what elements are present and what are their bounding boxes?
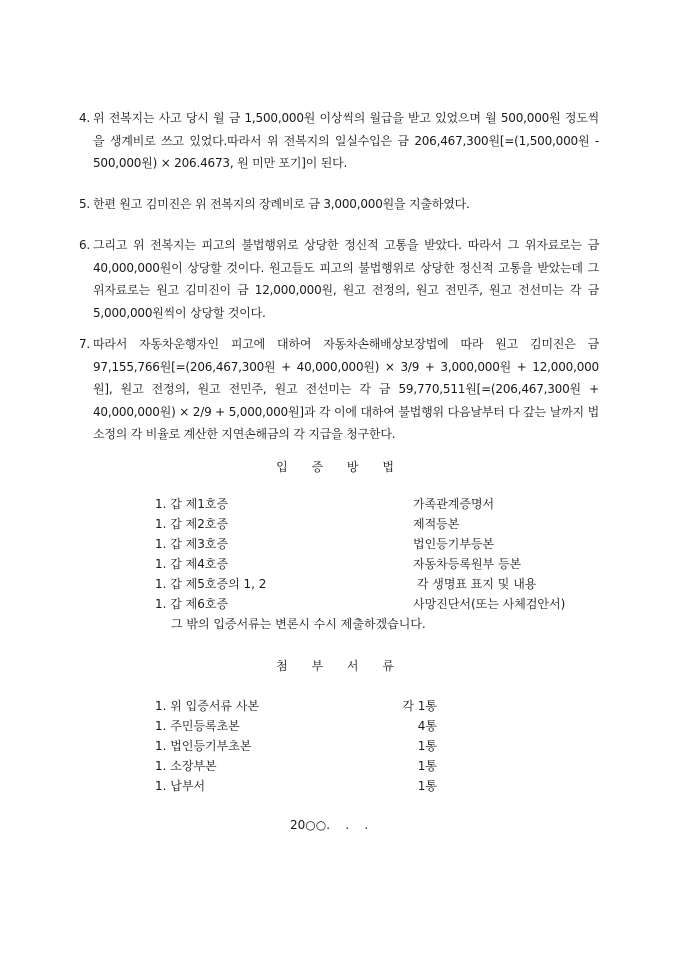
paragraph-number: 5. [79, 193, 90, 216]
paragraph-number: 6. [79, 234, 90, 257]
paragraph-number: 4. [79, 107, 90, 130]
attachment-item: 1. 주민등록초본 4통 [155, 716, 615, 736]
filing-date: 20○○. . . [290, 818, 368, 832]
evidence-label: 1. 갑 제2호증 [155, 514, 228, 534]
evidence-note: 그 밖의 입증서류는 변론시 수시 제출하겠습니다. [155, 614, 615, 634]
evidence-description: 제적등본 [413, 514, 459, 534]
attachment-quantity: 각 1통 [402, 696, 437, 716]
attachments-list: 1. 위 입증서류 사본 각 1통 1. 주민등록초본 4통 1. 법인등기부초… [155, 696, 615, 796]
attachment-quantity: 4통 [418, 716, 437, 736]
attachment-item: 1. 법인등기부초본 1통 [155, 736, 615, 756]
attachment-quantity: 1통 [418, 736, 437, 756]
evidence-label: 1. 갑 제1호증 [155, 494, 228, 514]
paragraph-text: 그리고 위 전복지는 피고의 불법행위로 상당한 정신적 고통을 받았다. 따라… [79, 234, 599, 324]
attachment-quantity: 1통 [418, 776, 437, 796]
attachment-label: 1. 법인등기부초본 [155, 736, 251, 756]
evidence-item: 1. 갑 제6호증 사망진단서(또는 사체검안서) [155, 594, 615, 614]
attachment-label: 1. 납부서 [155, 776, 205, 796]
attachment-item: 1. 위 입증서류 사본 각 1통 [155, 696, 615, 716]
evidence-heading: 입 증 방 법 [0, 458, 680, 475]
evidence-description: 가족관계증명서 [413, 494, 494, 514]
attachment-label: 1. 주민등록초본 [155, 716, 240, 736]
evidence-item: 1. 갑 제1호증 가족관계증명서 [155, 494, 615, 514]
paragraph-5: 5. 한편 원고 김미진은 위 전복지의 장례비로 금 3,000,000원을 … [79, 193, 599, 216]
paragraph-text: 위 전복지는 사고 당시 월 금 1,500,000원 이상씩의 월급을 받고 … [79, 107, 599, 175]
document-page: 4. 위 전복지는 사고 당시 월 금 1,500,000원 이상씩의 월급을 … [0, 0, 680, 962]
evidence-item: 1. 갑 제5호증의 1, 2 각 생명표 표지 및 내용 [155, 574, 615, 594]
evidence-description: 각 생명표 표지 및 내용 [413, 574, 536, 594]
paragraph-number: 7. [79, 333, 90, 356]
evidence-description: 법인등기부등본 [413, 534, 494, 554]
evidence-item: 1. 갑 제4호증 자동차등록원부 등본 [155, 554, 615, 574]
attachment-label: 1. 위 입증서류 사본 [155, 696, 259, 716]
evidence-label: 1. 갑 제3호증 [155, 534, 228, 554]
evidence-item: 1. 갑 제3호증 법인등기부등본 [155, 534, 615, 554]
attachment-item: 1. 소장부본 1통 [155, 756, 615, 776]
evidence-item: 1. 갑 제2호증 제적등본 [155, 514, 615, 534]
paragraph-7: 7. 따라서 자동차운행자인 피고에 대하여 자동차손해배상보장법에 따라 원고… [79, 333, 599, 446]
evidence-label: 1. 갑 제6호증 [155, 594, 228, 614]
evidence-description: 자동차등록원부 등본 [413, 554, 521, 574]
evidence-description: 사망진단서(또는 사체검안서) [413, 594, 565, 614]
paragraph-4: 4. 위 전복지는 사고 당시 월 금 1,500,000원 이상씩의 월급을 … [79, 107, 599, 175]
attachment-quantity: 1통 [418, 756, 437, 776]
evidence-label: 1. 갑 제5호증의 1, 2 [155, 574, 266, 594]
evidence-label: 1. 갑 제4호증 [155, 554, 228, 574]
attachment-label: 1. 소장부본 [155, 756, 217, 776]
paragraph-text: 한편 원고 김미진은 위 전복지의 장례비로 금 3,000,000원을 지출하… [79, 193, 599, 216]
evidence-list: 1. 갑 제1호증 가족관계증명서 1. 갑 제2호증 제적등본 1. 갑 제3… [155, 494, 615, 634]
attachments-heading: 첨 부 서 류 [0, 657, 680, 674]
paragraph-6: 6. 그리고 위 전복지는 피고의 불법행위로 상당한 정신적 고통을 받았다.… [79, 234, 599, 324]
paragraph-text: 따라서 자동차운행자인 피고에 대하여 자동차손해배상보장법에 따라 원고 김미… [79, 333, 599, 446]
attachment-item: 1. 납부서 1통 [155, 776, 615, 796]
